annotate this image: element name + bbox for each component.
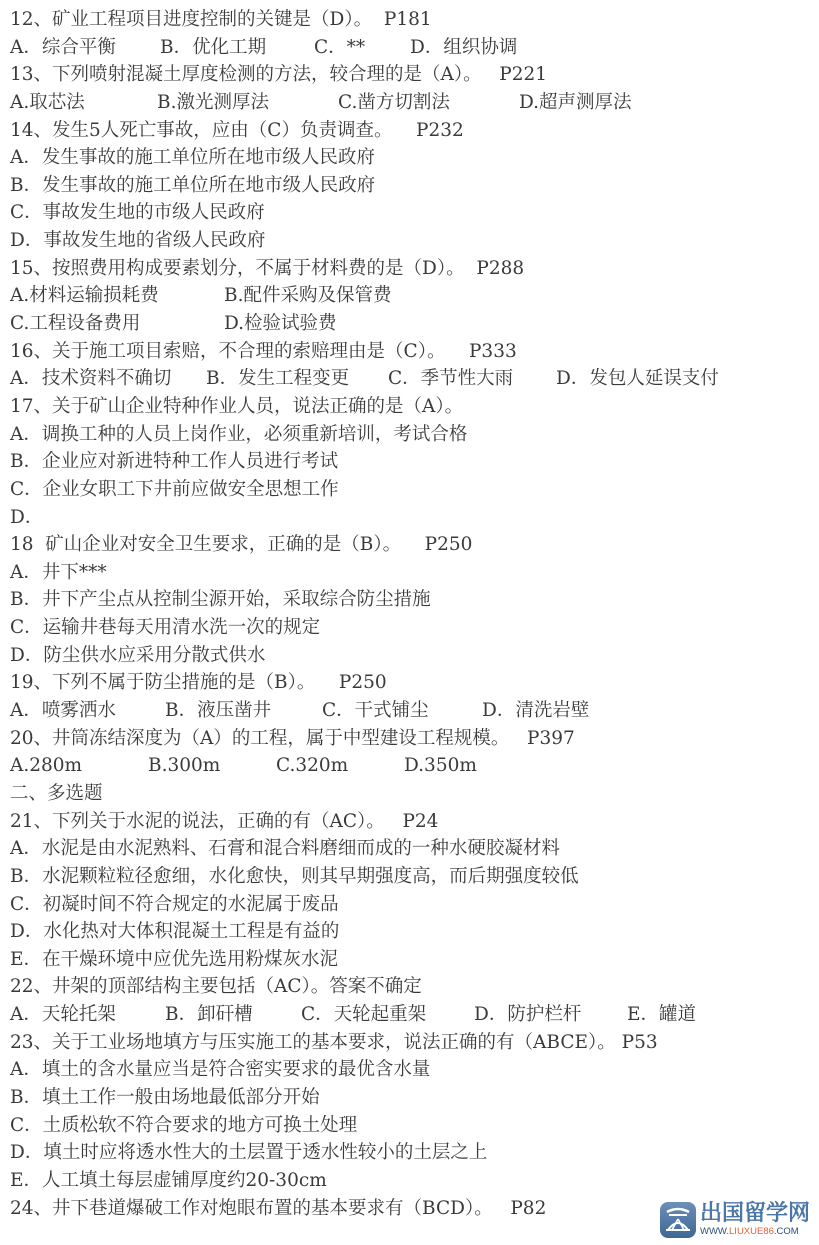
answer-options-row: A．综合平衡B．优化工期C．**D．组织协调 (10, 34, 819, 62)
answer-options-row: A．喷雾洒水B．液压凿井C．干式铺尘D．清洗岩壁 (10, 697, 819, 725)
answer-option: D． (10, 504, 819, 532)
answer-option: A．综合平衡 (10, 34, 160, 62)
site-watermark-logo: 出国留学网 WWW.LIUXUE86.COM (660, 1200, 816, 1240)
question-text: 13、下列喷射混凝土厚度检测的方法，较合理的是（A）。 P221 (10, 61, 819, 89)
answer-option: D．防尘供水应采用分散式供水 (10, 642, 819, 670)
answer-option: D．事故发生地的省级人民政府 (10, 227, 819, 255)
section-heading: 二、多选题 (10, 780, 819, 808)
answer-option: B．优化工期 (160, 34, 314, 62)
answer-option: D．防护栏杆 (474, 1001, 627, 1029)
answer-option: E．在干燥环境中应优先选用粉煤灰水泥 (10, 946, 819, 974)
answer-option: B.配件采购及保管费 (224, 282, 524, 310)
answer-option: A．水泥是由水泥熟料、石膏和混合料磨细而成的一种水硬胶凝材料 (10, 835, 819, 863)
question-text: 20、井筒冻结深度为（A）的工程，属于中型建设工程规模。 P397 (10, 725, 819, 753)
answer-option: A.材料运输损耗费 (10, 282, 224, 310)
answer-option: A．天轮托架 (10, 1001, 165, 1029)
answer-option: A.取芯法 (10, 89, 157, 117)
answer-option: C．土质松软不符合要求的地方可换土处理 (10, 1112, 819, 1140)
answer-option: D.超声测厚法 (519, 89, 719, 117)
answer-option: C．干式铺尘 (322, 697, 482, 725)
question-text: 21、下列关于水泥的说法，正确的有（AC）。 P24 (10, 808, 819, 836)
answer-option: C.320m (276, 752, 404, 780)
answer-options-row: A．天轮托架B．卸矸槽C．天轮起重架D．防护栏杆E．罐道 (10, 1001, 819, 1029)
question-text: 18 矿山企业对安全卫生要求，正确的是（B）。 P250 (10, 531, 819, 559)
answer-option: B．企业应对新进特种工作人员进行考试 (10, 448, 819, 476)
answer-option: B．发生事故的施工单位所在地市级人民政府 (10, 172, 819, 200)
answer-option: C．事故发生地的市级人民政府 (10, 199, 819, 227)
answer-option: D．水化热对大体积混凝土工程是有益的 (10, 918, 819, 946)
answer-option: D.检验试验费 (224, 310, 524, 338)
answer-option: C.凿方切割法 (338, 89, 519, 117)
answer-option: B.300m (148, 752, 276, 780)
answer-option: D．填土时应将透水性大的土层置于透水性较小的土层之上 (10, 1139, 819, 1167)
question-text: 12、矿业工程项目进度控制的关键是（D）。 P181 (10, 6, 819, 34)
answer-option: B．水泥颗粒粒径愈细，水化愈快，则其早期强度高，而后期强度较低 (10, 863, 819, 891)
answer-option: D.350m (404, 752, 604, 780)
logo-url: WWW.LIUXUE86.COM (700, 1227, 810, 1237)
answer-option: B．卸矸槽 (165, 1001, 301, 1029)
answer-option: A.280m (10, 752, 148, 780)
answer-option: B.激光测厚法 (157, 89, 338, 117)
answer-option: A．填土的含水量应当是符合密实要求的最优含水量 (10, 1056, 819, 1084)
answer-options-row: C.工程设备费用D.检验试验费 (10, 310, 819, 338)
question-text: 23、关于工业场地填方与压实施工的基本要求，说法正确的有（ABCE）。 P53 (10, 1029, 819, 1057)
answer-option: A．调换工种的人员上岗作业，必须重新培训，考试合格 (10, 421, 819, 449)
answer-option: A．发生事故的施工单位所在地市级人民政府 (10, 144, 819, 172)
globe-arch-logo-icon (660, 1202, 696, 1238)
answer-option: C．季节性大雨 (388, 365, 556, 393)
answer-options-row: A．技术资料不确切B．发生工程变更C．季节性大雨D．发包人延误支付 (10, 365, 819, 393)
question-text: 15、按照费用构成要素划分，不属于材料费的是（D）。 P288 (10, 255, 819, 283)
answer-option: D．组织协调 (410, 34, 610, 62)
answer-option: A．技术资料不确切 (10, 365, 206, 393)
answer-option: D．清洗岩壁 (482, 697, 682, 725)
answer-option: B．井下产尘点从控制尘源开始，采取综合防尘措施 (10, 586, 819, 614)
answer-option: C．企业女职工下井前应做安全思想工作 (10, 476, 819, 504)
question-text: 19、下列不属于防尘措施的是（B）。 P250 (10, 669, 819, 697)
answer-option: B．发生工程变更 (206, 365, 388, 393)
logo-brand-name: 出国留学网 (700, 1203, 810, 1225)
question-text: 14、发生5人死亡事故，应由（C）负责调查。 P232 (10, 117, 819, 145)
answer-option: E．人工填土每层虚铺厚度约20-30cm (10, 1167, 819, 1195)
answer-option: A．喷雾洒水 (10, 697, 165, 725)
answer-option: D．发包人延误支付 (556, 365, 756, 393)
answer-options-row: A.280mB.300mC.320mD.350m (10, 752, 819, 780)
answer-option: C．初凝时间不符合规定的水泥属于废品 (10, 891, 819, 919)
answer-option: C．运输井巷每天用清水洗一次的规定 (10, 614, 819, 642)
answer-option: E．罐道 (627, 1001, 727, 1029)
answer-option: C．天轮起重架 (301, 1001, 474, 1029)
answer-option: B．液压凿井 (165, 697, 322, 725)
answer-option: C.工程设备费用 (10, 310, 224, 338)
answer-option: B．填土工作一般由场地最低部分开始 (10, 1084, 819, 1112)
answer-option: A．井下*** (10, 559, 819, 587)
answer-option: C．** (314, 34, 410, 62)
question-text: 16、关于施工项目索赔，不合理的索赔理由是（C）。 P333 (10, 338, 819, 366)
answer-options-row: A.材料运输损耗费B.配件采购及保管费 (10, 282, 819, 310)
exam-document: 12、矿业工程项目进度控制的关键是（D）。 P181A．综合平衡B．优化工期C．… (10, 6, 819, 1222)
answer-options-row: A.取芯法B.激光测厚法C.凿方切割法D.超声测厚法 (10, 89, 819, 117)
question-text: 17、关于矿山企业特种作业人员，说法正确的是（A）。 (10, 393, 819, 421)
question-text: 22、井架的顶部结构主要包括（AC）。答案不确定 (10, 973, 819, 1001)
